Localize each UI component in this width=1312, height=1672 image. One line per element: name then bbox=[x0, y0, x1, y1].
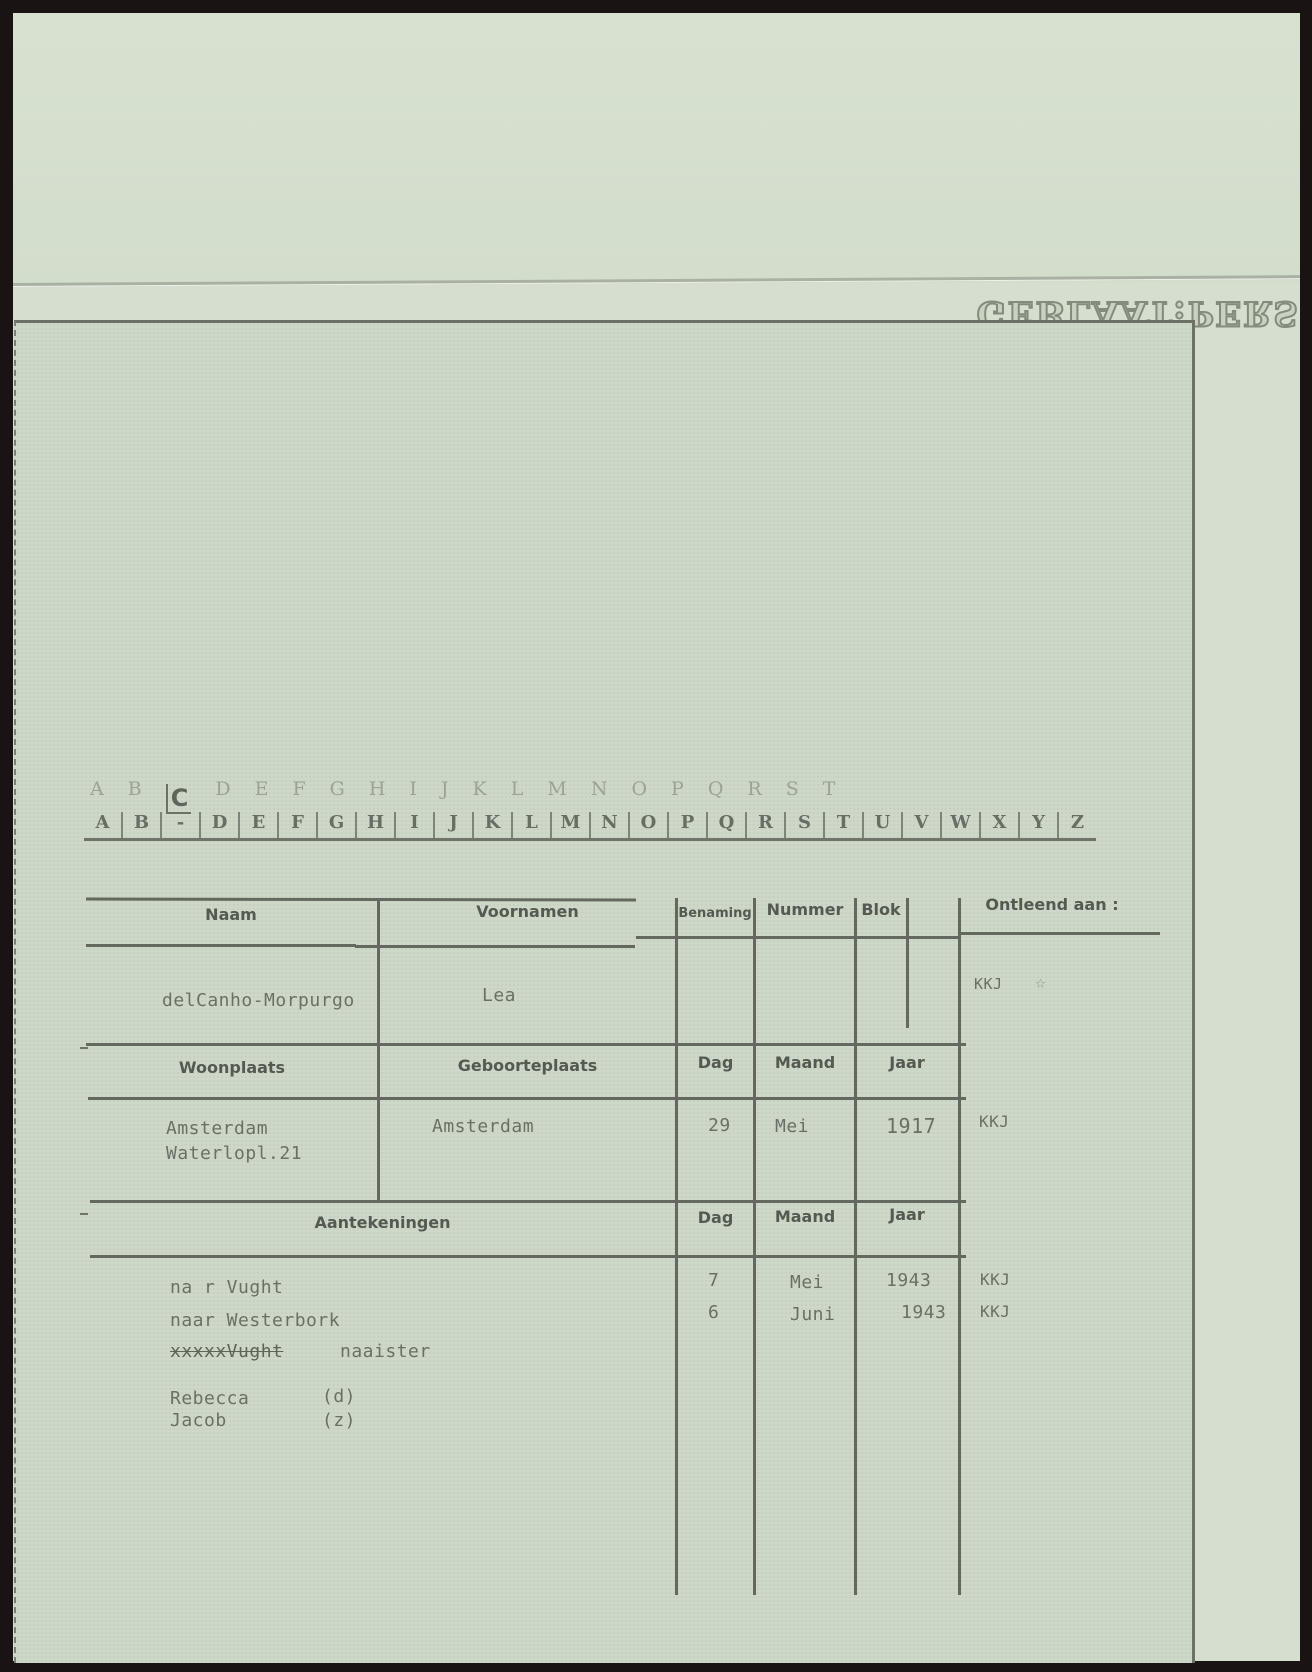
alphabet-letter: N bbox=[591, 812, 630, 838]
faint-letter: K bbox=[473, 778, 487, 814]
faint-letter: P bbox=[671, 778, 684, 814]
faint-letter: J bbox=[441, 778, 449, 814]
alphabet-letter: W bbox=[942, 812, 981, 838]
value-geboorte-bron: KKJ bbox=[979, 1112, 1009, 1131]
alphabet-index-row: A B - D E F G H I J K L M N O P Q R S T … bbox=[84, 812, 1096, 841]
value-adres: Waterlopl.21 bbox=[166, 1143, 302, 1164]
faint-letter: R bbox=[747, 778, 761, 814]
alphabet-letter: - bbox=[162, 812, 201, 838]
header-ontleend-aan: Ontleend aan : bbox=[962, 895, 1142, 914]
grid-line bbox=[377, 898, 380, 1200]
faint-letter: A bbox=[90, 778, 104, 814]
alphabet-letter: J bbox=[435, 812, 474, 838]
faint-letter: L bbox=[511, 778, 524, 814]
grid-line bbox=[854, 898, 857, 1595]
margin-tick bbox=[80, 1047, 88, 1049]
alphabet-letter: A bbox=[84, 812, 123, 838]
header-aantekeningen: Aantekeningen bbox=[90, 1213, 675, 1232]
note-maand: Mei bbox=[790, 1272, 824, 1293]
note-beroep: naaister bbox=[340, 1341, 431, 1362]
header-jaar: Jaar bbox=[857, 1205, 957, 1224]
note-entry: na r Vught bbox=[170, 1277, 283, 1298]
alphabet-letter: Y bbox=[1020, 812, 1059, 838]
note-jaar: 1943 bbox=[901, 1302, 946, 1323]
alphabet-letter: H bbox=[357, 812, 396, 838]
alphabet-letter: D bbox=[201, 812, 240, 838]
grid-line bbox=[960, 932, 1160, 935]
faint-letter: M bbox=[547, 778, 566, 814]
faint-letter: B bbox=[128, 778, 142, 814]
faint-letter: N bbox=[591, 778, 608, 814]
faint-letter: I bbox=[409, 778, 417, 814]
note-maand: Juni bbox=[790, 1304, 835, 1325]
header-dag: Dag bbox=[678, 1208, 753, 1227]
note-bron: KKJ bbox=[980, 1270, 1010, 1289]
alphabet-letter: U bbox=[864, 812, 903, 838]
value-voornamen: Lea bbox=[482, 985, 516, 1006]
grid-line bbox=[86, 1043, 966, 1046]
alphabet-letter: L bbox=[513, 812, 552, 838]
grid-line bbox=[958, 898, 961, 1595]
header-nummer: Nummer bbox=[756, 900, 854, 919]
child-name: Jacob bbox=[170, 1410, 227, 1431]
header-maand: Maand bbox=[756, 1207, 854, 1226]
faint-letter: Q bbox=[708, 778, 724, 814]
value-geboorte-jaar: 1917 bbox=[886, 1114, 936, 1138]
alphabet-letter: Z bbox=[1059, 812, 1096, 838]
faint-letter: E bbox=[255, 778, 269, 814]
header-maand: Maand bbox=[756, 1053, 854, 1072]
header-benaming: Benaming bbox=[676, 906, 754, 921]
alphabet-letter: S bbox=[786, 812, 825, 838]
grid-line bbox=[636, 936, 960, 939]
alphabet-letter: Q bbox=[708, 812, 747, 838]
value-woonplaats: Amsterdam bbox=[166, 1118, 268, 1139]
top-backing-sheet bbox=[13, 13, 1300, 283]
value-ontleend: KKJ bbox=[974, 975, 1003, 993]
note-bron: KKJ bbox=[980, 1302, 1010, 1321]
alphabet-letter: F bbox=[279, 812, 318, 838]
alphabet-letter: X bbox=[981, 812, 1020, 838]
note-entry: naar Westerbork bbox=[170, 1310, 340, 1331]
grid-line bbox=[90, 1255, 966, 1258]
faint-letter: F bbox=[292, 778, 305, 814]
alphabet-letter: E bbox=[240, 812, 279, 838]
child-tag: (d) bbox=[322, 1386, 356, 1407]
alphabet-letter: K bbox=[474, 812, 513, 838]
alphabet-tab-marker: C bbox=[166, 784, 192, 814]
header-woonplaats: Woonplaats bbox=[88, 1058, 376, 1077]
value-geboorte-dag: 29 bbox=[708, 1115, 731, 1136]
alphabet-letter: G bbox=[318, 812, 357, 838]
alphabet-letter: R bbox=[747, 812, 786, 838]
alphabet-letter: I bbox=[396, 812, 435, 838]
faint-letter: G bbox=[330, 778, 345, 814]
value-geboorteplaats: Amsterdam bbox=[432, 1116, 534, 1137]
header-geboorteplaats: Geboorteplaats bbox=[380, 1056, 675, 1075]
value-geboorte-maand: Mei bbox=[775, 1116, 809, 1137]
alphabet-letter: T bbox=[825, 812, 864, 838]
grid-line bbox=[88, 1097, 966, 1100]
header-voornamen: Voornamen bbox=[380, 902, 675, 921]
header-dag: Dag bbox=[678, 1053, 753, 1072]
faint-letter: H bbox=[369, 778, 386, 814]
note-dag: 6 bbox=[708, 1302, 719, 1323]
header-blok: Blok bbox=[856, 900, 906, 919]
alphabet-letter: P bbox=[669, 812, 708, 838]
faint-letter: O bbox=[631, 778, 647, 814]
alphabet-letter: B bbox=[123, 812, 162, 838]
grid-line bbox=[753, 898, 756, 1595]
value-naam: delCanho-Morpurgo bbox=[162, 990, 355, 1011]
faint-alphabet-row: A B C D E F G H I J K L M N O P Q R S T bbox=[90, 778, 835, 814]
grid-line bbox=[355, 945, 635, 948]
grid-line bbox=[906, 898, 909, 1028]
faint-letter: T bbox=[823, 778, 836, 814]
star-mark-icon: ☆ bbox=[1035, 972, 1046, 993]
header-naam: Naam bbox=[86, 905, 376, 924]
child-tag: (z) bbox=[322, 1410, 356, 1431]
faint-letter: D bbox=[215, 778, 230, 814]
struck-text: xxxxxVught bbox=[170, 1341, 283, 1362]
grid-line bbox=[86, 944, 356, 947]
faint-letter: S bbox=[786, 778, 799, 814]
grid-line bbox=[90, 1200, 966, 1203]
alphabet-letter: O bbox=[630, 812, 669, 838]
alphabet-letter: V bbox=[903, 812, 942, 838]
note-dag: 7 bbox=[708, 1270, 719, 1291]
margin-tick bbox=[80, 1213, 88, 1215]
note-jaar: 1943 bbox=[886, 1270, 931, 1291]
header-jaar: Jaar bbox=[857, 1053, 957, 1072]
child-name: Rebecca bbox=[170, 1388, 249, 1409]
alphabet-letter: M bbox=[552, 812, 591, 838]
grid-line bbox=[675, 898, 678, 1595]
